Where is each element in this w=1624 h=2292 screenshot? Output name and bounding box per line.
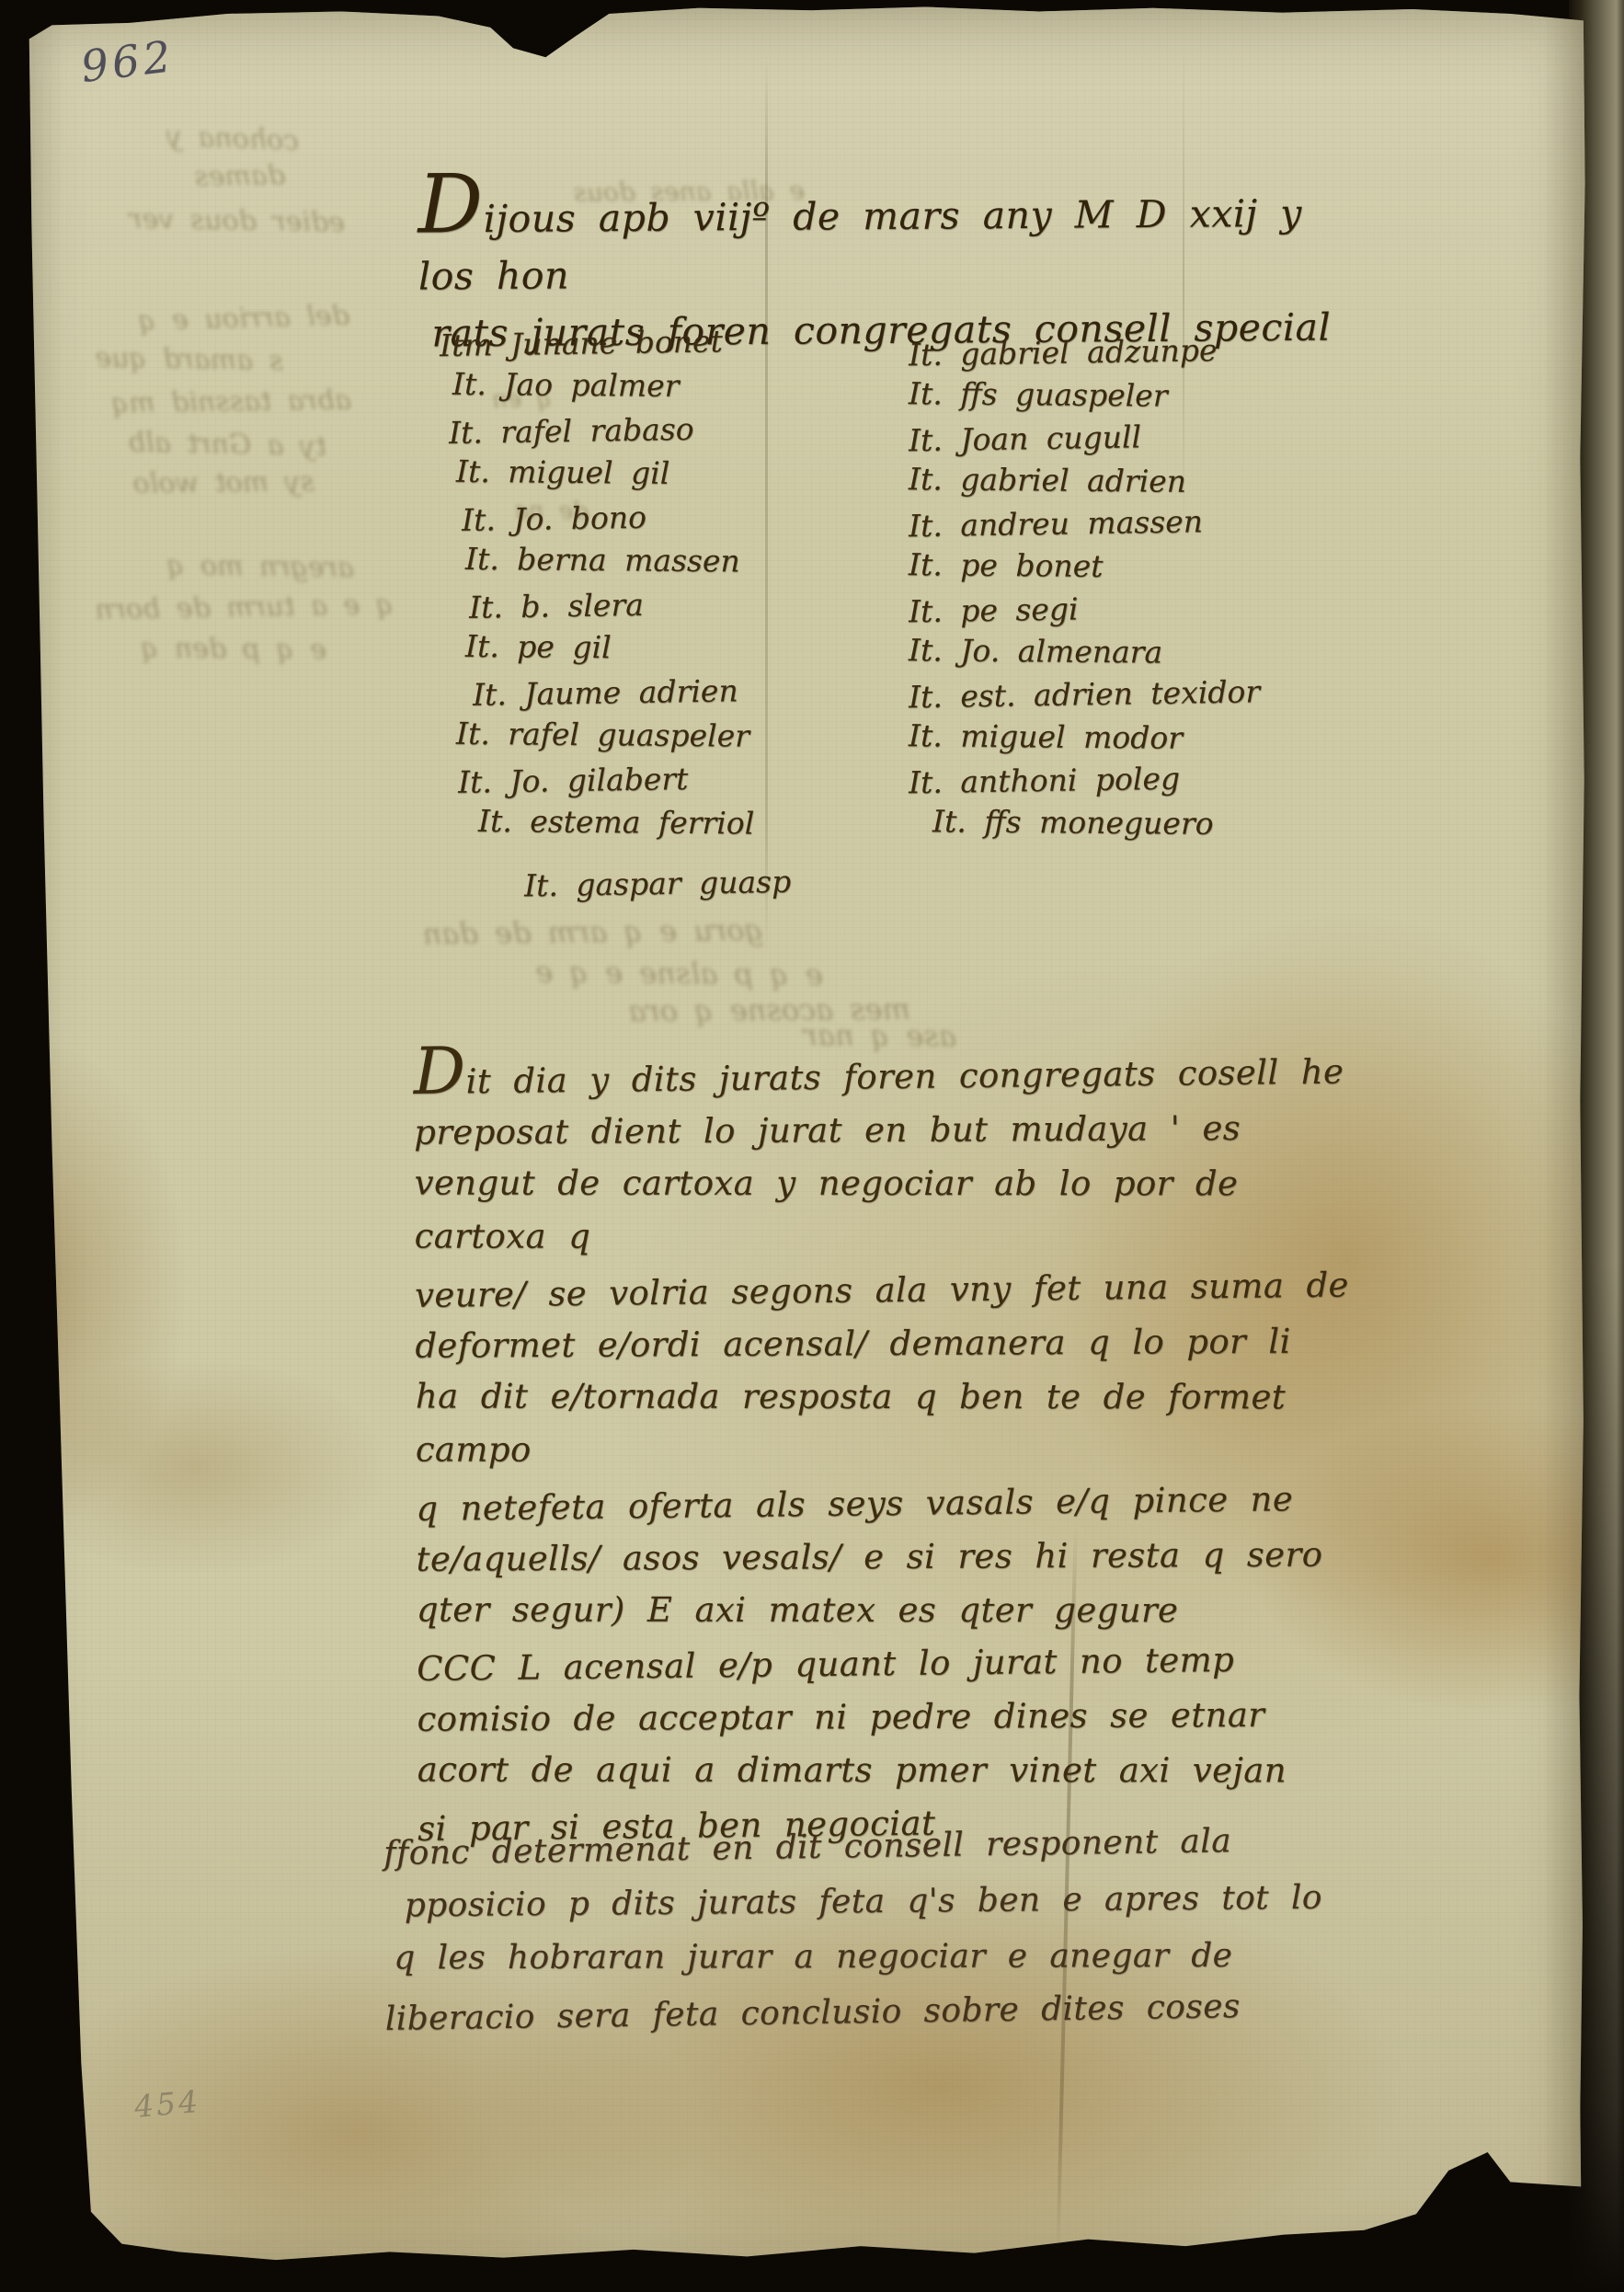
body-line: preposat dient lo jurat en but mudaya ' … (414, 1101, 1389, 1160)
attendee-column-right: It. gabriel adzunpe It. ffs guaspeler It… (909, 331, 1295, 844)
attendee-entry: It. rafel rabaso (449, 404, 919, 455)
attendee-entry: It. Jo. bono (462, 491, 919, 542)
bleedthrough-line: ty a Gnrt alb (51, 425, 327, 463)
bleedthrough-line: sy mot wolo (48, 465, 315, 500)
minute-paragraph: Dit dia y dits jurats foren congregats c… (414, 1048, 1393, 1853)
bleedthrough-line: abra tassnid mq (48, 384, 351, 421)
bleedthrough-line: goru e q arm de dan (303, 912, 763, 953)
bleedthrough-line: e q p den q (87, 632, 326, 666)
manuscript-photo: 962 cohona y dames edier dous ver e alla… (0, 0, 1624, 2292)
attendee-entry: It. Jao palmer (452, 361, 918, 409)
bleedthrough-line: e q p alsne e q e (326, 952, 823, 992)
closing-line: liberacio sera feta conclusio sobre dite… (384, 1977, 1360, 2047)
attendee-entry: It. anthoni poleg (909, 756, 1296, 805)
attendee-entry: It. ffs guaspeler (909, 372, 1295, 418)
body-line: acort de aqui a dimarts pmer vinet axi v… (417, 1744, 1392, 1798)
heading-line: Dijous apb viijº de mars any M D xxij y … (417, 184, 1347, 304)
attendee-entry: It. gabriel adzunpe (909, 328, 1296, 377)
attendee-entry: It. pe segi (909, 585, 1296, 634)
resolution-paragraph: ffonc determenat en dit consell responen… (383, 1815, 1360, 2044)
body-line: te/aquells/ asos vesals/ e si res hi res… (416, 1528, 1390, 1587)
bleedthrough-line: s amard que (53, 341, 284, 377)
body-line: vengut de cartoxa y negociar ab lo por d… (415, 1157, 1390, 1265)
attendee-entry: It. est. adrien texidor (909, 670, 1296, 719)
bleedthrough-line: edier dous ver (51, 201, 346, 239)
attendee-entry: It. estema ferriol (478, 798, 918, 846)
bleedthrough-line: aregrn mo q (78, 548, 354, 584)
attendee-entry: It. Jo. almenara (909, 629, 1295, 675)
attendee-entry: It. b. slera (469, 579, 919, 629)
attendee-column-left: Itm Junane bonet It. Jao palmer It. rafe… (440, 320, 918, 905)
body-line: comisio de acceptar ni pedre dines se et… (417, 1688, 1391, 1747)
bleedthrough-line: q e a turm de born (81, 589, 395, 626)
body-line: ha dit e/tornada resposta q ben te de fo… (416, 1370, 1390, 1478)
attendee-entry: It. ffs moneguero (932, 800, 1295, 846)
attendee-entry: It. gabriel adrien (909, 458, 1295, 504)
attendee-entry: It. gaspar guasp (524, 858, 919, 908)
attendee-entry: It. rafel guaspeler (456, 711, 918, 759)
shelf-mark: 454 (132, 2083, 201, 2125)
body-line: CCC L acensal e/p quant lo jurat no temp (417, 1632, 1392, 1696)
body-line: q netefeta oferta als seys vasals e/q pi… (416, 1472, 1391, 1536)
body-line: qter segur) E axi matex es qter gegure (417, 1584, 1391, 1638)
attendee-entry: It. Jaume adrien (473, 666, 919, 716)
bleedthrough-line: dames (101, 159, 286, 194)
body-line: deformet e/ordi acensal/ demanera q lo p… (415, 1314, 1390, 1373)
attendee-entry: It. Jo. gilabert (458, 753, 919, 804)
attendee-entry: It. miguel gil (456, 449, 918, 497)
body-line: Dit dia y dits jurats foren congregats c… (414, 1045, 1390, 1109)
bleedthrough-line: ase q nar (570, 1016, 956, 1054)
attendee-entry: Itm Junane bonet (440, 316, 919, 368)
attendee-entry: It. berna massen (465, 536, 918, 584)
body-line: veure/ se volria segons ala vny fet una … (415, 1258, 1390, 1323)
closing-line: q les hobraran jurar a negociar e anegar… (394, 1929, 1359, 1987)
closing-line: pposicio p dits jurats feta q's ben e ap… (404, 1870, 1358, 1933)
attendee-entry: It. andreu massen (909, 499, 1296, 548)
attendee-entry: It. Joan cugull (909, 414, 1296, 463)
attendee-entry: It. miguel modor (909, 715, 1295, 761)
attendee-entry: It. pe gil (465, 624, 918, 671)
attendee-entry: It. pe bonet (909, 544, 1295, 590)
